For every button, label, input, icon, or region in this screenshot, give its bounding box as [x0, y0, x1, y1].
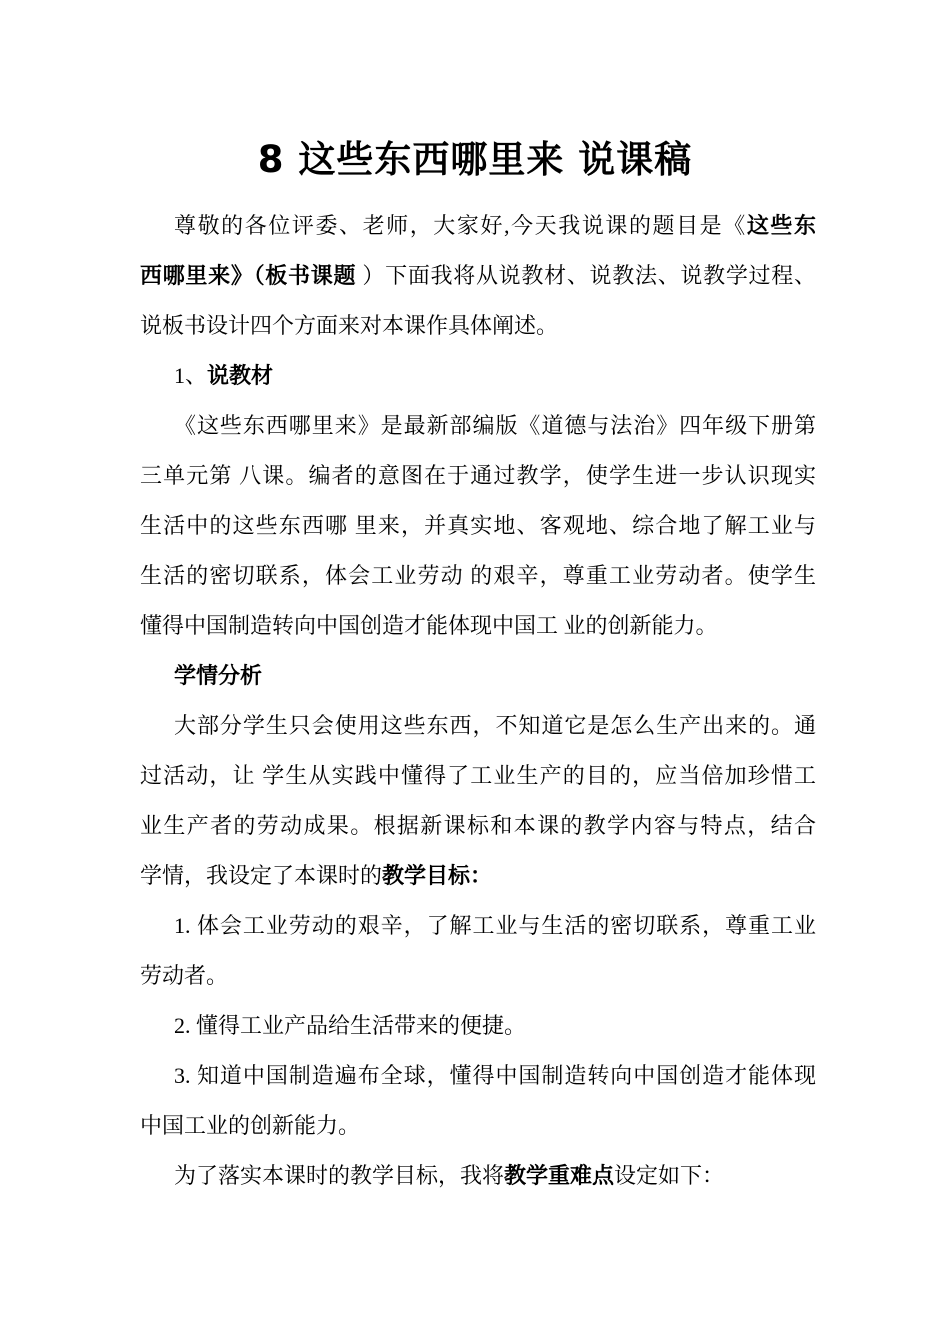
text-segment: 3. 知道中国制造遍布全球，懂得中国制造转向中国创造才能体现	[174, 1063, 816, 1088]
text-line: 说板书设计四个方面来对本课作具体阐述。	[140, 301, 816, 351]
text-segment: 1、	[174, 363, 207, 388]
document-title: 8 这些东西哪里来 说课稿	[0, 133, 950, 187]
text-segment: 说教材	[207, 363, 273, 388]
text-line: 学情，我设定了本课时的教学目标：	[140, 851, 816, 901]
text-segment: 教学目标：	[382, 863, 492, 888]
text-segment: 过活动，让 学生从实践中懂得了工业生产的目的，应当倍加珍惜工	[140, 763, 816, 788]
text-segment: 西哪里来》（板书课题	[140, 263, 356, 288]
text-line: 生活中的这些东西哪 里来，并真实地、客观地、综合地了解工业与	[140, 501, 816, 551]
text-line: 1. 体会工业劳动的艰辛，了解工业与生活的密切联系，尊重工业	[140, 901, 816, 951]
text-segment: 懂得中国制造转向中国创造才能体现中国工 业的创新能力。	[140, 613, 718, 638]
text-segment: 说板书设计四个方面来对本课作具体阐述。	[140, 313, 558, 338]
text-segment: 为了落实本课时的教学目标，我将	[174, 1163, 504, 1188]
text-line: 学情分析	[140, 651, 816, 701]
text-line: 大部分学生只会使用这些东西，不知道它是怎么生产出来的。通	[140, 701, 816, 751]
text-segment: 1. 体会工业劳动的艰辛，了解工业与生活的密切联系，尊重工业	[174, 913, 816, 938]
text-segment: 设定如下：	[614, 1163, 724, 1188]
text-segment: 业生产者的劳动成果。根据新课标和本课的教学内容与特点，结合	[140, 813, 816, 838]
text-segment: 三单元第 八课。编者的意图在于通过教学，使学生进一步认识现实	[140, 463, 816, 488]
text-segment: 尊敬的各位评委、老师，大家好,今天我说课的题目是《	[174, 213, 747, 238]
text-segment: 生活中的这些东西哪 里来，并真实地、客观地、综合地了解工业与	[140, 513, 816, 538]
text-segment: 劳动者。	[140, 963, 228, 988]
text-segment: 学情分析	[174, 663, 262, 688]
text-segment: 这些东	[747, 213, 816, 238]
text-segment: 《这些东西哪里来》是最新部编版《道德与法治》四年级下册第	[174, 413, 816, 438]
document-page: 8 这些东西哪里来 说课稿 尊敬的各位评委、老师，大家好,今天我说课的题目是《这…	[0, 0, 950, 1344]
text-line: 业生产者的劳动成果。根据新课标和本课的教学内容与特点，结合	[140, 801, 816, 851]
text-line: 三单元第 八课。编者的意图在于通过教学，使学生进一步认识现实	[140, 451, 816, 501]
document-body: 尊敬的各位评委、老师，大家好,今天我说课的题目是《这些东西哪里来》（板书课题 ）…	[140, 201, 816, 1201]
text-line: 懂得中国制造转向中国创造才能体现中国工 业的创新能力。	[140, 601, 816, 651]
text-segment: 2. 懂得工业产品给生活带来的便捷。	[174, 1013, 526, 1038]
text-line: 生活的密切联系，体会工业劳动 的艰辛，尊重工业劳动者。使学生	[140, 551, 816, 601]
text-line: 3. 知道中国制造遍布全球，懂得中国制造转向中国创造才能体现	[140, 1051, 816, 1101]
text-line: 中国工业的创新能力。	[140, 1101, 816, 1151]
text-segment: 学情，我设定了本课时的	[140, 863, 382, 888]
text-line: 劳动者。	[140, 951, 816, 1001]
text-line: 过活动，让 学生从实践中懂得了工业生产的目的，应当倍加珍惜工	[140, 751, 816, 801]
text-line: 1、说教材	[140, 351, 816, 401]
text-segment: 生活的密切联系，体会工业劳动 的艰辛，尊重工业劳动者。使学生	[140, 563, 816, 588]
text-line: 《这些东西哪里来》是最新部编版《道德与法治》四年级下册第	[140, 401, 816, 451]
text-line: 尊敬的各位评委、老师，大家好,今天我说课的题目是《这些东	[140, 201, 816, 251]
text-line: 2. 懂得工业产品给生活带来的便捷。	[140, 1001, 816, 1051]
text-line: 西哪里来》（板书课题 ）下面我将从说教材、说教法、说教学过程、	[140, 251, 816, 301]
text-line: 为了落实本课时的教学目标，我将教学重难点设定如下：	[140, 1151, 816, 1201]
text-segment: 教学重难点	[504, 1163, 614, 1188]
text-segment: 大部分学生只会使用这些东西，不知道它是怎么生产出来的。通	[174, 713, 816, 738]
text-segment: 中国工业的创新能力。	[140, 1113, 360, 1138]
text-segment: ）下面我将从说教材、说教法、说教学过程、	[356, 263, 816, 288]
